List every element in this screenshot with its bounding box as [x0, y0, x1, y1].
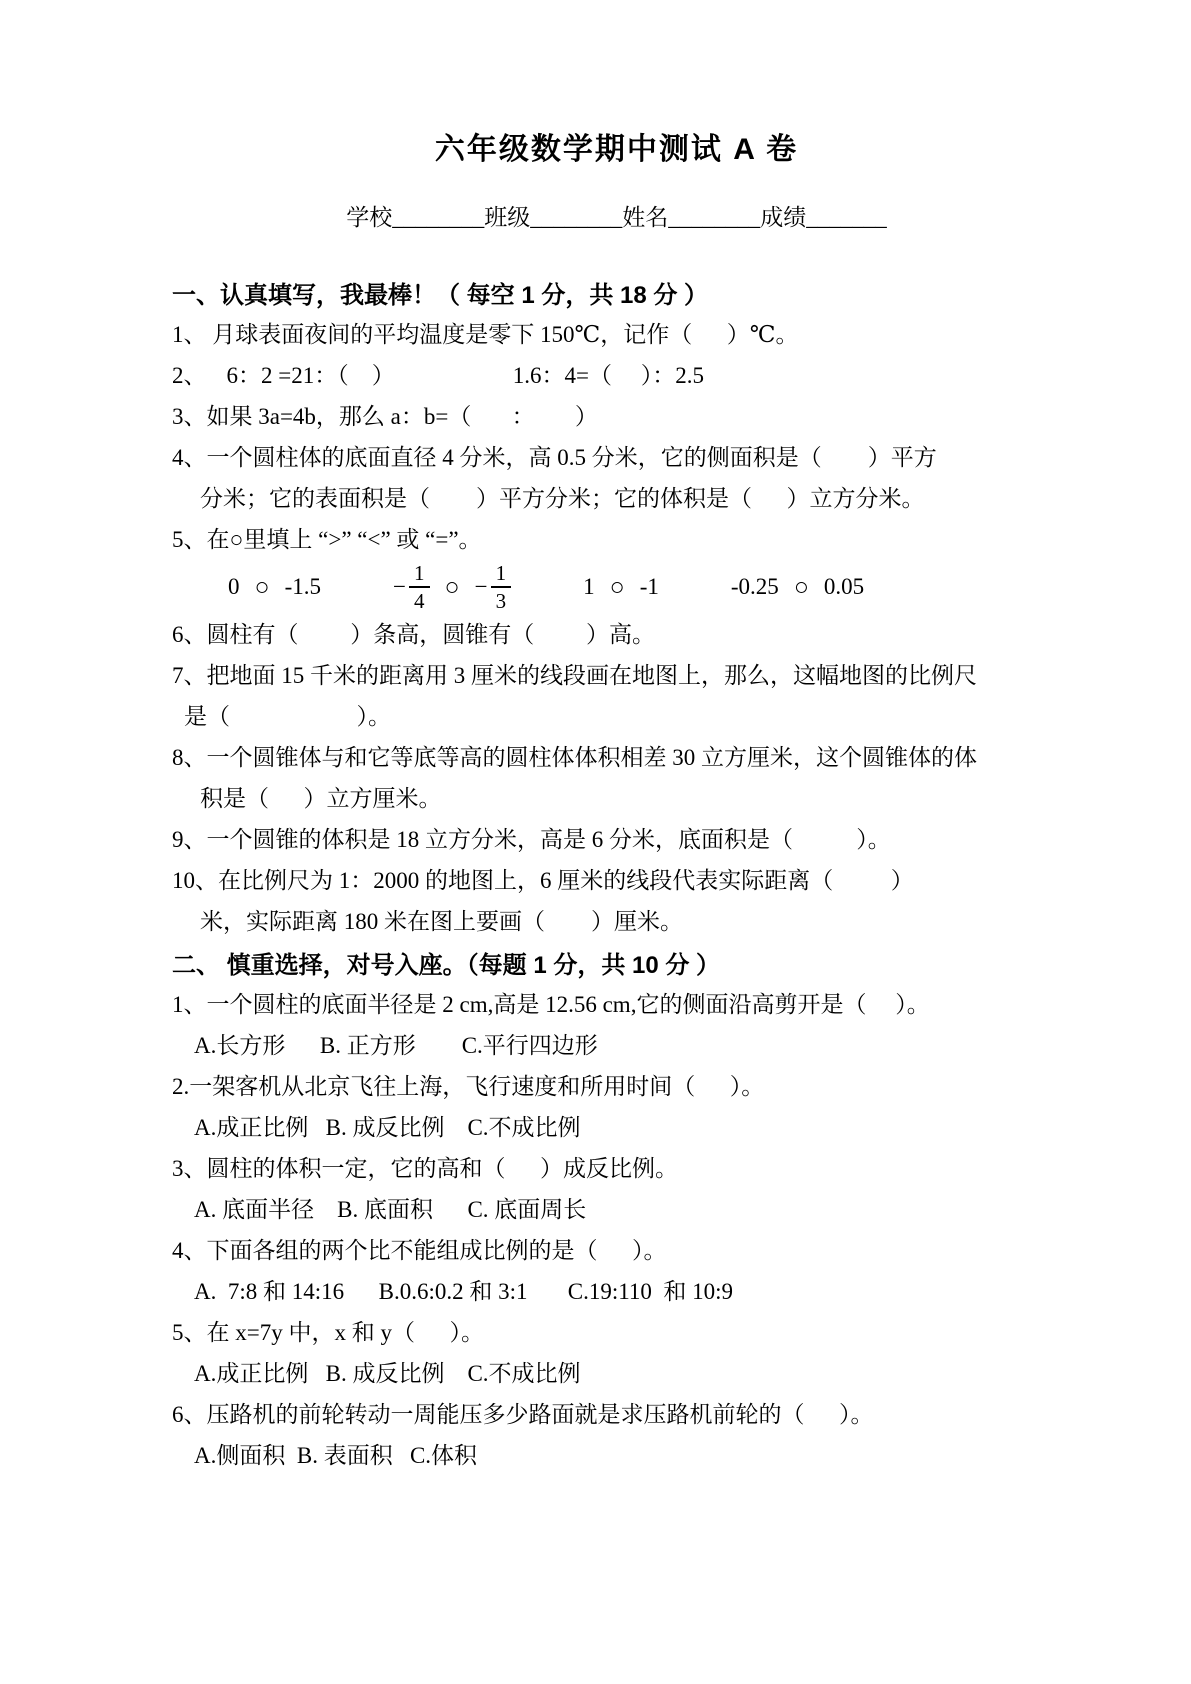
mc-question-6: 6、压路机的前轮转动一周能压多少路面就是求压路机前轮的（ ）。: [172, 1394, 1061, 1435]
question-3: 3、如果 3a=4b，那么 a：b=（ ： ）: [172, 396, 1061, 437]
question-4-line-2: 分米；它的表面积是（ ）平方分米；它的体积是（ ）立方分米。: [172, 478, 1061, 519]
question-2-part1: 6：2 =21：（ ）: [227, 363, 395, 388]
fraction-denominator: 4: [414, 588, 425, 613]
question-2-part2: 1.6：4=（ ）：2.5: [513, 363, 704, 388]
mc-options-5: A.成正比例 B. 成反比例 C.不成比例: [172, 1353, 1061, 1394]
comparison-3: 1○-1: [583, 574, 659, 600]
fraction-numerator: 1: [491, 561, 512, 588]
section2-heading: 二、 慎重选择，对号入座。（每题 1 分，共 10 分 ）: [172, 948, 1061, 984]
compare-circle-icon: ○: [794, 575, 809, 600]
mc-question-1: 1、一个圆柱的底面半径是 2 cm,高是 12.56 cm,它的侧面沿高剪开是（…: [172, 984, 1061, 1025]
score-label: 成绩: [760, 205, 806, 230]
page-title: 六年级数学期中测试 A 卷: [172, 128, 1061, 172]
question-5: 5、在○里填上 “>” “<” 或 “=”。: [172, 519, 1061, 560]
question-9: 9、一个圆锥的体积是 18 立方分米，高是 6 分米，底面积是（ ）。: [172, 819, 1061, 860]
compare-circle-icon: ○: [255, 575, 270, 600]
school-label: 学校: [346, 205, 392, 230]
page-content: 六年级数学期中测试 A 卷 学校________班级________姓名____…: [0, 0, 1191, 1476]
mc-question-2: 2.一架客机从北京飞往上海，飞行速度和所用时间（ ）。: [172, 1066, 1061, 1107]
mc-question-5: 5、在 x=7y 中，x 和 y（ ）。: [172, 1312, 1061, 1353]
comparison-1-left: 0: [228, 574, 240, 600]
fraction-sign: −: [475, 574, 488, 600]
fraction-neg-one-third: −13: [475, 561, 511, 613]
mc-question-3: 3、圆柱的体积一定，它的高和（ ）成反比例。: [172, 1148, 1061, 1189]
comparison-4: -0.25○0.05: [731, 574, 864, 600]
question-10-line-2: 米，实际距离 180 米在图上要画（ ）厘米。: [172, 901, 1061, 942]
comparison-1: 0○-1.5: [228, 574, 321, 600]
fraction-numerator: 1: [409, 561, 430, 588]
comparison-2: −14○−13: [393, 561, 511, 613]
mc-options-6: A.侧面积 B. 表面积 C.体积: [172, 1435, 1061, 1476]
mc-options-3: A. 底面半径 B. 底面积 C. 底面周长: [172, 1189, 1061, 1230]
question-7-line-2: 是（ ）。: [172, 696, 1061, 737]
question-6: 6、圆柱有（ ）条高，圆锥有（ ）高。: [172, 614, 1061, 655]
comparison-3-right: -1: [640, 574, 659, 600]
question-10-line-1: 10、在比例尺为 1：2000 的地图上，6 厘米的线段代表实际距离（ ）: [172, 860, 1061, 901]
exam-paper-page: 六年级数学期中测试 A 卷 学校________班级________姓名____…: [0, 0, 1191, 1684]
comparison-3-left: 1: [583, 574, 595, 600]
score-blank: _______: [806, 205, 887, 230]
student-info-line: 学校________班级________姓名________成绩_______: [172, 202, 1061, 234]
comparison-1-right: -1.5: [285, 574, 321, 600]
question-2-number: 2、: [172, 363, 207, 388]
class-label: 班级: [484, 205, 530, 230]
mc-options-2: A.成正比例 B. 成反比例 C.不成比例: [172, 1107, 1061, 1148]
comparison-4-right: 0.05: [824, 574, 864, 600]
name-label: 姓名: [622, 205, 668, 230]
class-blank: ________: [530, 205, 622, 230]
school-blank: ________: [392, 205, 484, 230]
compare-circle-icon: ○: [445, 575, 460, 600]
question-7-line-1: 7、把地面 15 千米的距离用 3 厘米的线段画在地图上，那么，这幅地图的比例尺: [172, 655, 1061, 696]
question-5-comparisons: 0○-1.5 −14○−13 1○-1 -0.25○0.05: [172, 560, 1061, 614]
name-blank: ________: [668, 205, 760, 230]
fraction-neg-one-fourth: −14: [393, 561, 429, 613]
question-4-line-1: 4、一个圆柱体的底面直径 4 分米，高 0.5 分米，它的侧面积是（ ）平方: [172, 437, 1061, 478]
section1-heading: 一、认真填写，我最棒！（ 每空 1 分，共 18 分 ）: [172, 278, 1061, 314]
mc-options-4: A. 7:8 和 14:16 B.0.6:0.2 和 3:1 C.19:110 …: [172, 1271, 1061, 1312]
mc-options-1: A.长方形 B. 正方形 C.平行四边形: [172, 1025, 1061, 1066]
question-2: 2、6：2 =21：（ ）1.6：4=（ ）：2.5: [172, 355, 1061, 396]
mc-question-4: 4、下面各组的两个比不能组成比例的是（ ）。: [172, 1230, 1061, 1271]
question-1: 1、 月球表面夜间的平均温度是零下 150℃，记作（ ）℃。: [172, 314, 1061, 355]
comparison-4-left: -0.25: [731, 574, 779, 600]
fraction-sign: −: [393, 574, 406, 600]
question-8-line-2: 积是（ ）立方厘米。: [172, 778, 1061, 819]
compare-circle-icon: ○: [610, 575, 625, 600]
question-8-line-1: 8、一个圆锥体与和它等底等高的圆柱体体积相差 30 立方厘米，这个圆锥体的体: [172, 737, 1061, 778]
fraction-denominator: 3: [496, 588, 507, 613]
